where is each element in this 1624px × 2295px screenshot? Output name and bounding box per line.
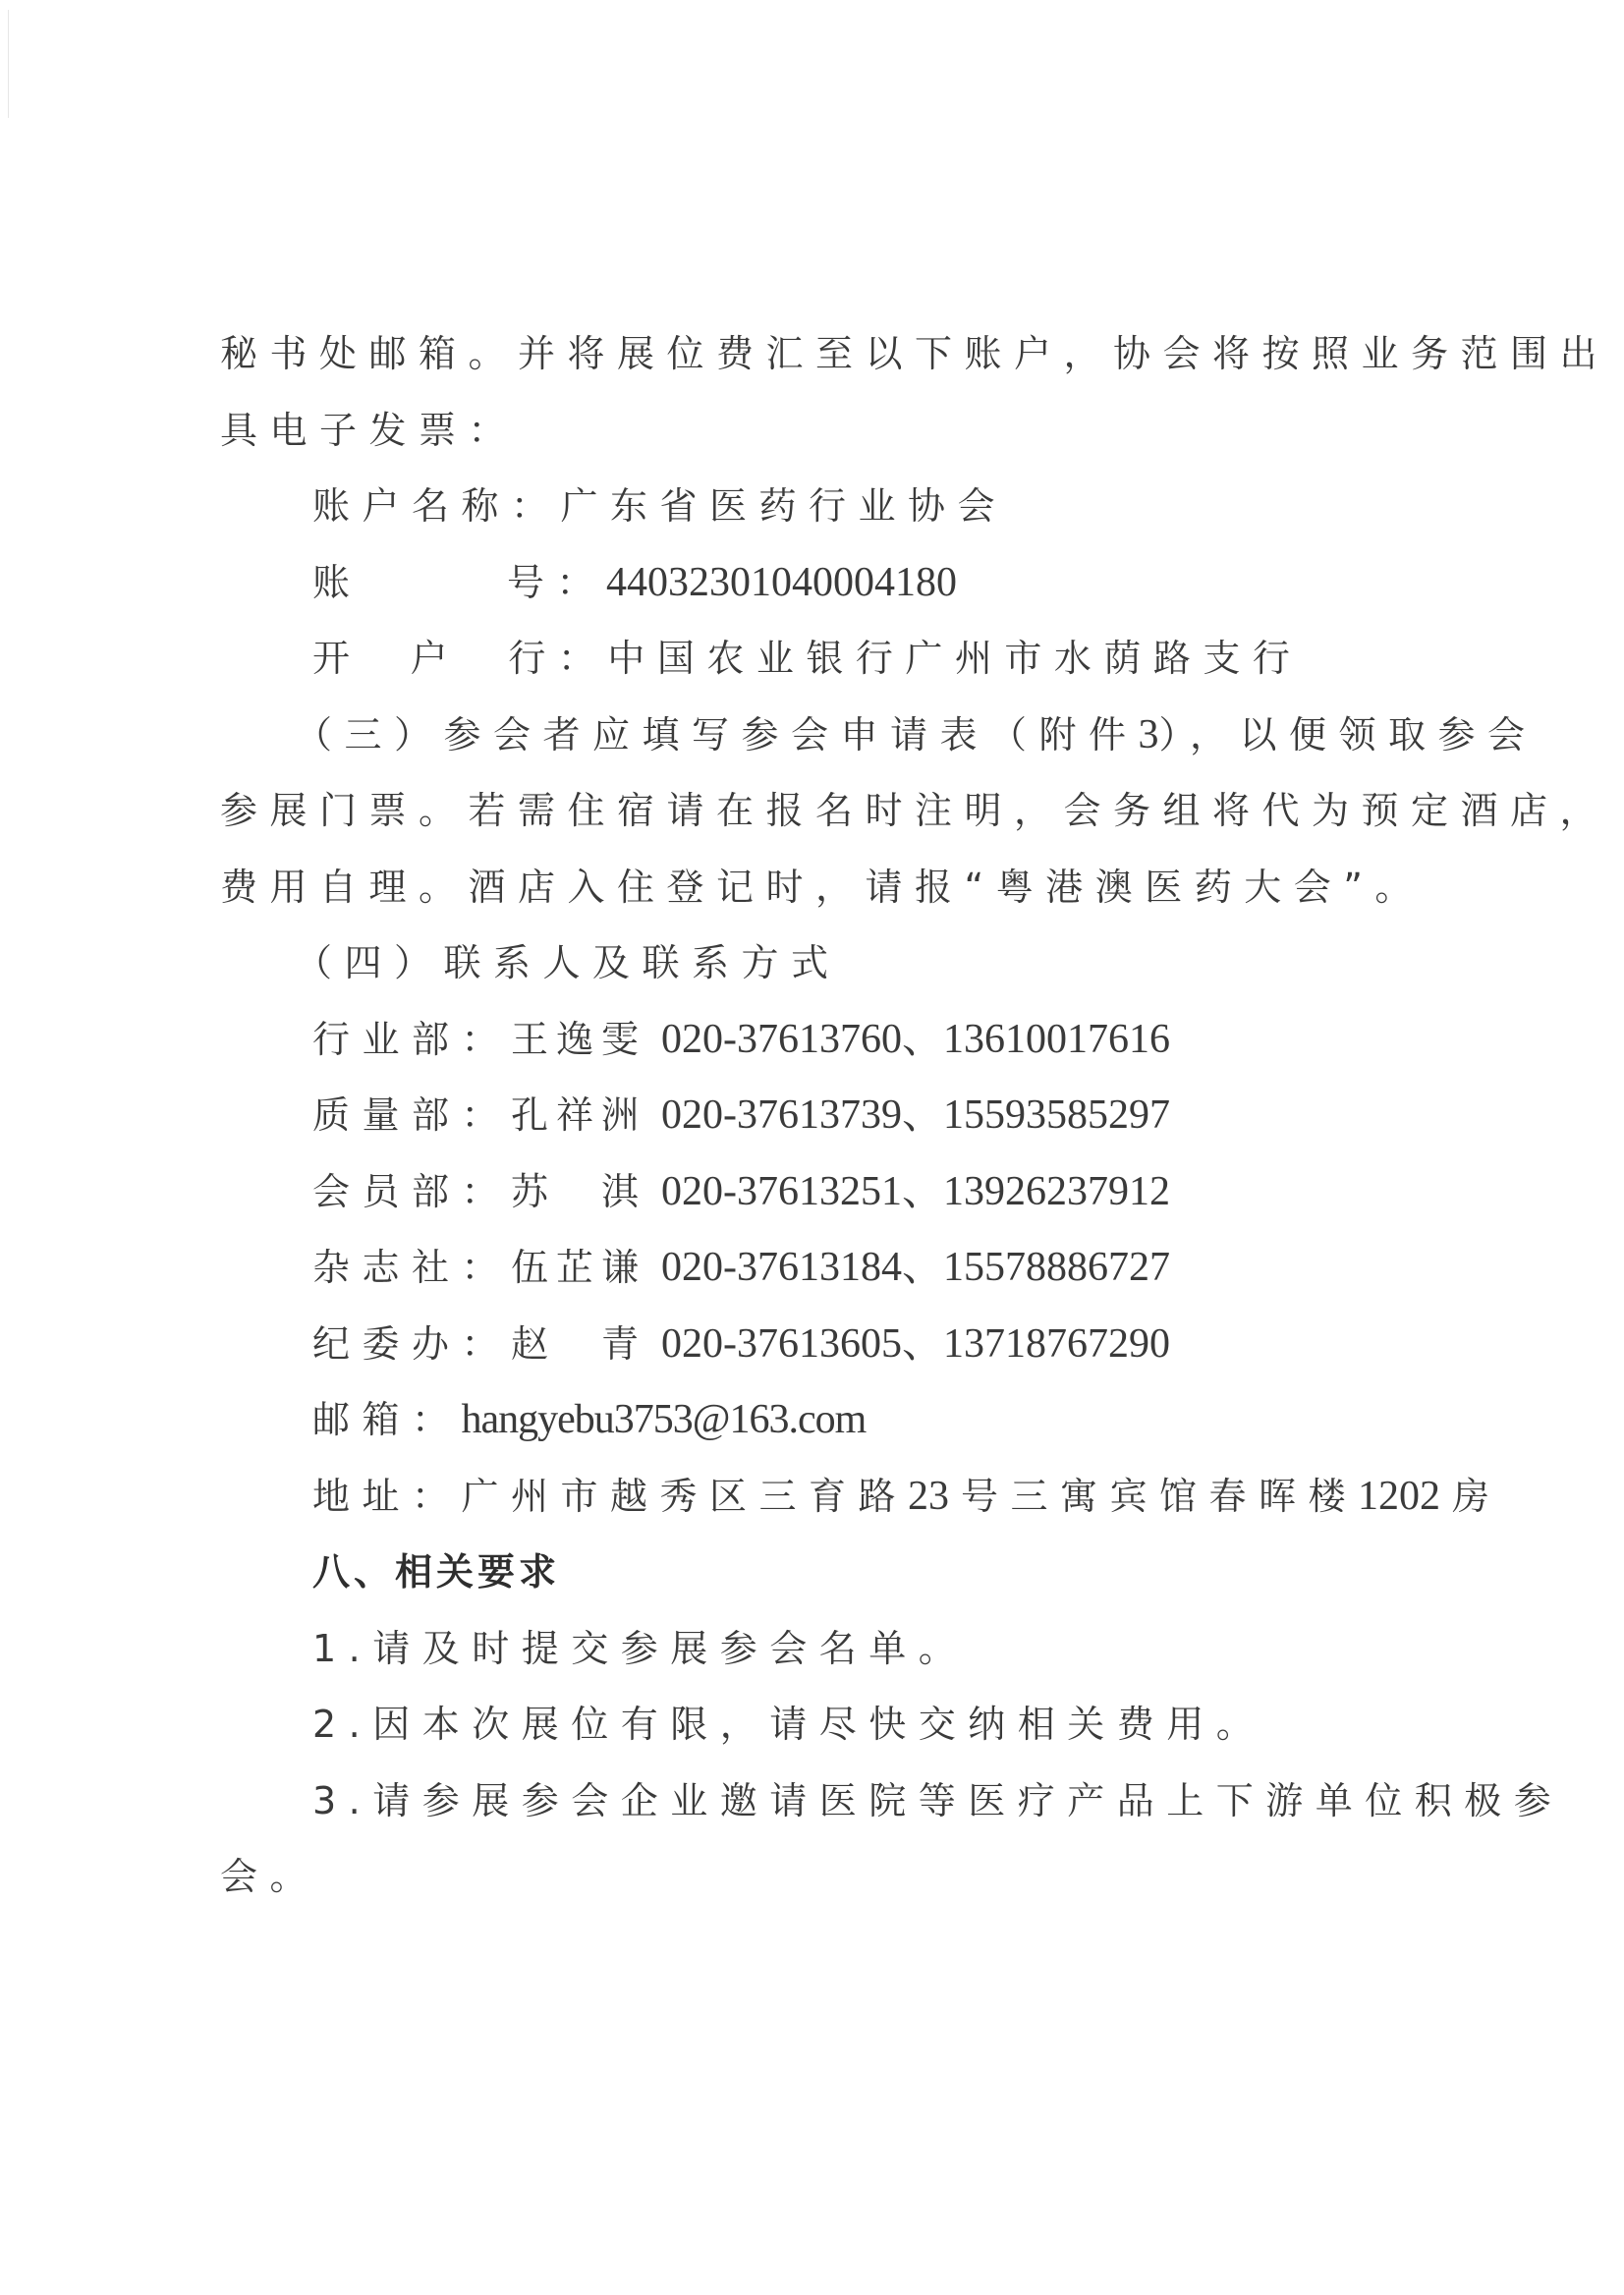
email-address: hangyebu3753@163.com	[462, 1397, 867, 1442]
requirement-item-continuation: 会。	[220, 1847, 1425, 1924]
account-name-value: 广东省医药行业协会	[561, 484, 1008, 528]
scan-edge-mark	[8, 10, 9, 118]
contact-phone: 020-37613760、13610017616	[661, 1017, 1170, 1062]
section-3-line-1: （三）参会者应填写参会申请表（附件3），以便领取参会	[220, 705, 1425, 782]
address-text: 地址：广州市越秀区三育路	[312, 1475, 908, 1518]
attachment-number: 3	[1139, 712, 1159, 757]
address-text-mid: 号三寓宾馆春晖楼	[961, 1475, 1358, 1518]
section-3-text-cont: ），以便领取参会	[1159, 713, 1538, 756]
contact-phone: 020-37613184、15578886727	[661, 1245, 1170, 1290]
section-3-text: （三）参会者应填写参会申请表（附件	[295, 713, 1139, 756]
contact-dept: 会员部：	[312, 1170, 511, 1213]
contact-row: 质量部：孔祥洲020-37613739、15593585297	[220, 1086, 1425, 1162]
section-8-heading: 八、相关要求	[220, 1542, 1425, 1619]
contact-phone: 020-37613605、13718767290	[661, 1321, 1170, 1367]
bank-branch-value: 中国农业银行广州市水荫路支行	[607, 637, 1302, 680]
contact-phone: 020-37613251、13926237912	[661, 1169, 1170, 1214]
contact-phone: 020-37613739、15593585297	[661, 1092, 1170, 1138]
section-3-line-3: 费用自理。酒店入住登记时，请报“粤港澳医药大会”。	[220, 858, 1425, 934]
contact-name: 苏 淇	[511, 1162, 661, 1221]
section-3-line-2: 参展门票。若需住宿请在报名时注明，会务组将代为预定酒店，	[220, 781, 1425, 858]
contact-name: 王逸雯	[511, 1010, 661, 1069]
address-text-end: 房	[1452, 1475, 1502, 1518]
requirement-number: 2.	[312, 1703, 372, 1746]
requirement-item: 3.请参展参会企业邀请医院等医疗产品上下游单位积极参	[220, 1771, 1425, 1848]
requirement-number: 1.	[312, 1627, 372, 1670]
address-number: 23	[908, 1474, 949, 1519]
contact-name: 赵 青	[511, 1315, 661, 1373]
document-page: 秘书处邮箱。并将展位费汇至以下账户，协会将按照业务范围出 具电子发票： 账户名称…	[220, 324, 1425, 1924]
address-row: 地址：广州市越秀区三育路23号三寓宾馆春晖楼1202房	[220, 1467, 1425, 1543]
contact-dept: 质量部：	[312, 1093, 511, 1137]
bank-branch-label: 开 户 行：	[312, 637, 607, 680]
account-number-label: 账 号：	[312, 561, 606, 604]
contact-name: 伍芷谦	[511, 1238, 661, 1297]
email-label: 邮箱：	[312, 1398, 462, 1441]
section-4-title: （四）联系人及联系方式	[220, 933, 1425, 1010]
email-row: 邮箱：hangyebu3753@163.com	[220, 1390, 1425, 1467]
requirement-number: 3.	[312, 1779, 372, 1822]
requirement-text: 请及时提交参展参会名单。	[372, 1627, 968, 1670]
contact-row: 杂志社：伍芷谦020-37613184、15578886727	[220, 1238, 1425, 1315]
intro-line-1: 秘书处邮箱。并将展位费汇至以下账户，协会将按照业务范围出	[220, 324, 1425, 401]
requirement-item: 1.请及时提交参展参会名单。	[220, 1619, 1425, 1696]
contact-row: 行业部：王逸雯020-37613760、13610017616	[220, 1010, 1425, 1087]
requirement-text: 请参展参会企业邀请医院等医疗产品上下游单位积极参	[372, 1779, 1563, 1822]
requirement-item: 2.因本次展位有限，请尽快交纳相关费用。	[220, 1695, 1425, 1771]
account-name-label: 账户名称：	[312, 484, 561, 528]
contact-dept: 杂志社：	[312, 1246, 511, 1289]
contact-dept: 行业部：	[312, 1018, 511, 1061]
intro-line-2: 具电子发票：	[220, 401, 1425, 477]
account-name-row: 账户名称：广东省医药行业协会	[220, 476, 1425, 553]
contact-name: 孔祥洲	[511, 1086, 661, 1145]
contact-row: 纪委办：赵 青020-37613605、13718767290	[220, 1315, 1425, 1391]
account-number-value: 44032301040004180	[606, 560, 957, 605]
contact-dept: 纪委办：	[312, 1322, 511, 1366]
bank-branch-row: 开 户 行：中国农业银行广州市水荫路支行	[220, 629, 1425, 705]
address-room: 1202	[1358, 1474, 1440, 1519]
account-number-row: 账 号：44032301040004180	[220, 553, 1425, 630]
requirement-text: 因本次展位有限，请尽快交纳相关费用。	[372, 1703, 1265, 1746]
contact-row: 会员部：苏 淇020-37613251、13926237912	[220, 1162, 1425, 1239]
